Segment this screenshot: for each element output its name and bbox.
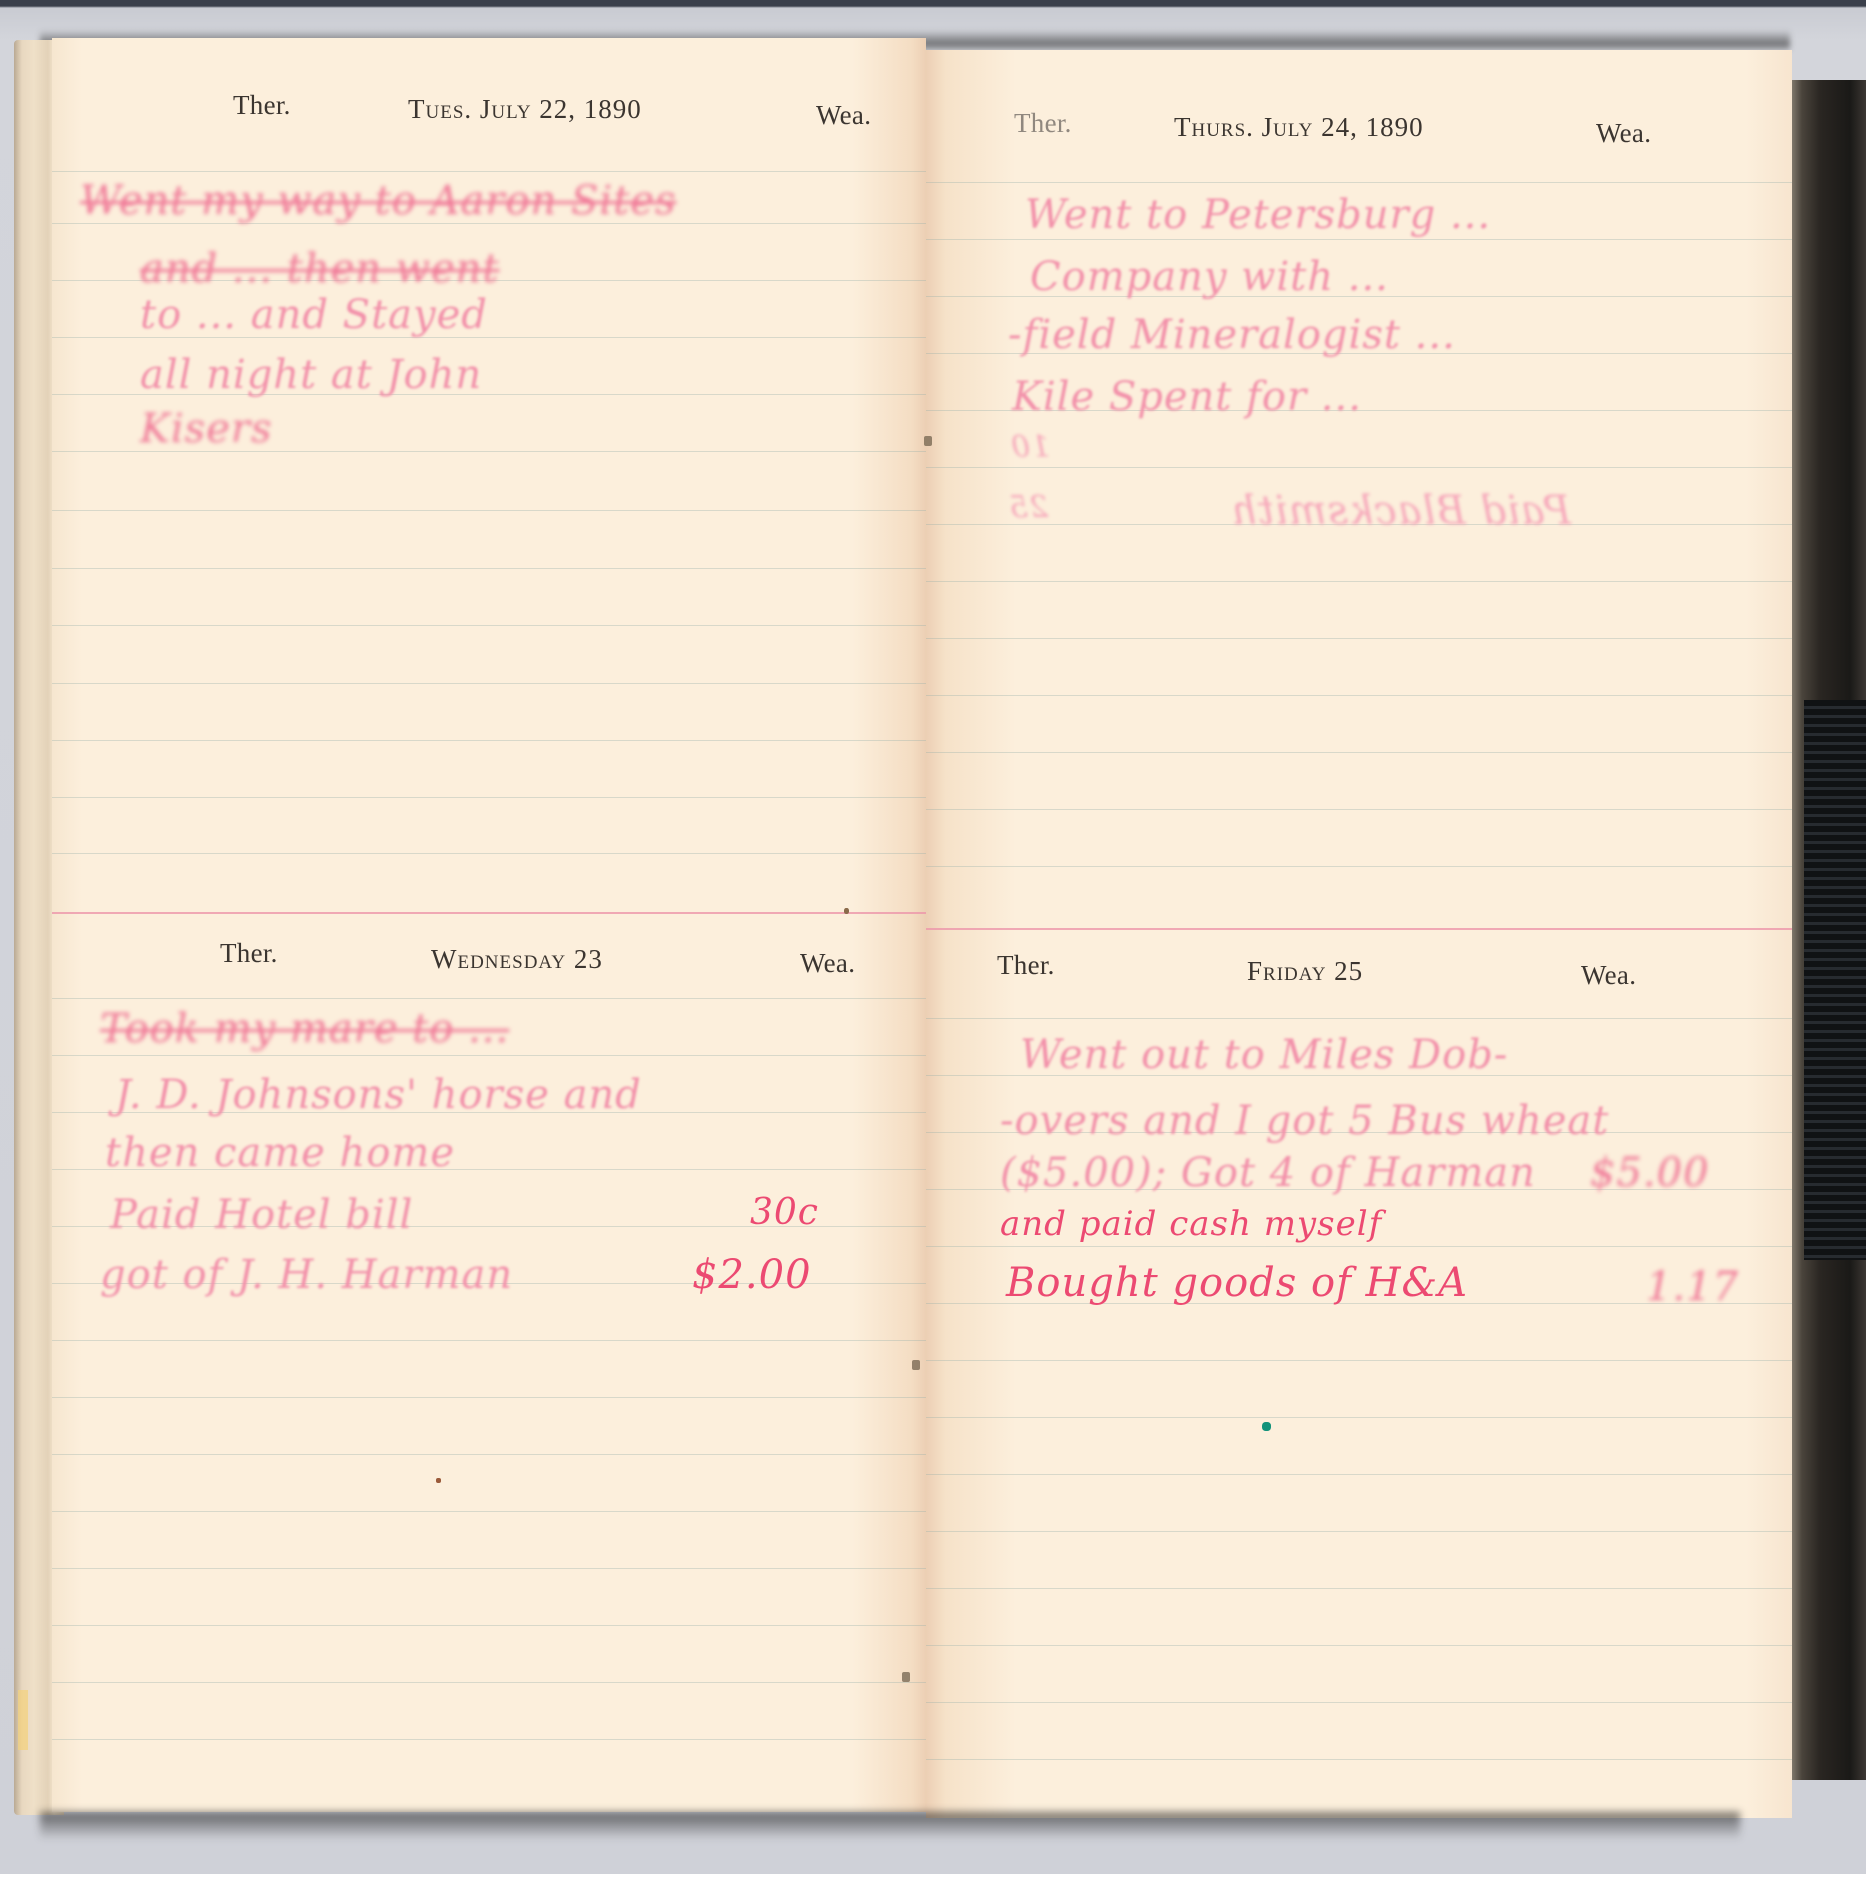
handwritten-line: Took my mare to ... [100,1006,509,1052]
handwritten-line: Company with ... [1030,254,1389,300]
handwritten-line: got of J. H. Harman [100,1252,513,1298]
handwritten-line: J. D. Johnsons' horse and [115,1072,642,1118]
binding-stitch [912,1360,920,1370]
entry-date: Friday 25 [1247,956,1363,987]
handwritten-line: Paid Hotel bill [110,1192,413,1238]
green-ink-speck [1262,1422,1271,1431]
wea-label: Wea. [1581,960,1636,991]
entry-date: Tues. July 22, 1890 [408,94,642,125]
day-divider [926,928,1792,930]
amount: 30c [750,1192,819,1233]
amount: 1.17 [1646,1264,1739,1310]
handwritten-line: and paid cash myself [1000,1204,1382,1244]
handwritten-line: Went out to Miles Dob- [1020,1032,1508,1078]
dirt-speck [436,1478,441,1483]
entry-date: Thurs. July 24, 1890 [1174,112,1424,143]
amount: $5.00 [1590,1150,1710,1196]
ther-label: Ther. [1014,108,1072,139]
ink-offset-mark: 25 [1008,490,1048,525]
amount: $2.00 [692,1252,812,1298]
day-divider [52,912,926,914]
book-cover-edge [1790,80,1866,1780]
handwritten-line: -overs and I got 5 Bus wheat [1000,1098,1609,1144]
entry-date: Wednesday 23 [431,944,603,975]
handwritten-line: and ... then went [140,246,500,292]
bottom-shadow [40,1812,1740,1840]
ther-label: Ther. [233,90,291,121]
handwritten-line: to ... and Stayed [140,292,488,338]
wea-label: Wea. [816,100,871,131]
wea-label: Wea. [800,948,855,979]
yellow-tab-mark [18,1690,28,1750]
wea-label: Wea. [1596,118,1651,149]
handwritten-line: Went my way to Aaron Sites [80,178,676,224]
handwritten-line: Bought goods of H&A [1006,1260,1468,1306]
dirt-speck [844,908,849,914]
ther-label: Ther. [997,950,1055,981]
ther-label: Ther. [220,938,278,969]
binding-stitch [924,436,932,446]
cover-band [1804,700,1866,1260]
handwritten-line: all night at John [140,352,482,398]
handwritten-line: ($5.00); Got 4 of Harman [1000,1150,1536,1196]
binding-stitch [902,1672,910,1682]
ink-offset-mark: Paid Blacksmith [1230,488,1571,534]
ink-offset-mark: 10 [1010,430,1050,465]
handwritten-line: Kile Spent for ... [1012,374,1362,420]
handwritten-line: Kisers [140,406,273,452]
handwritten-line: -field Mineralogist ... [1008,312,1456,358]
handwritten-line: Went to Petersburg ... [1025,192,1491,238]
handwritten-line: then came home [105,1130,455,1176]
